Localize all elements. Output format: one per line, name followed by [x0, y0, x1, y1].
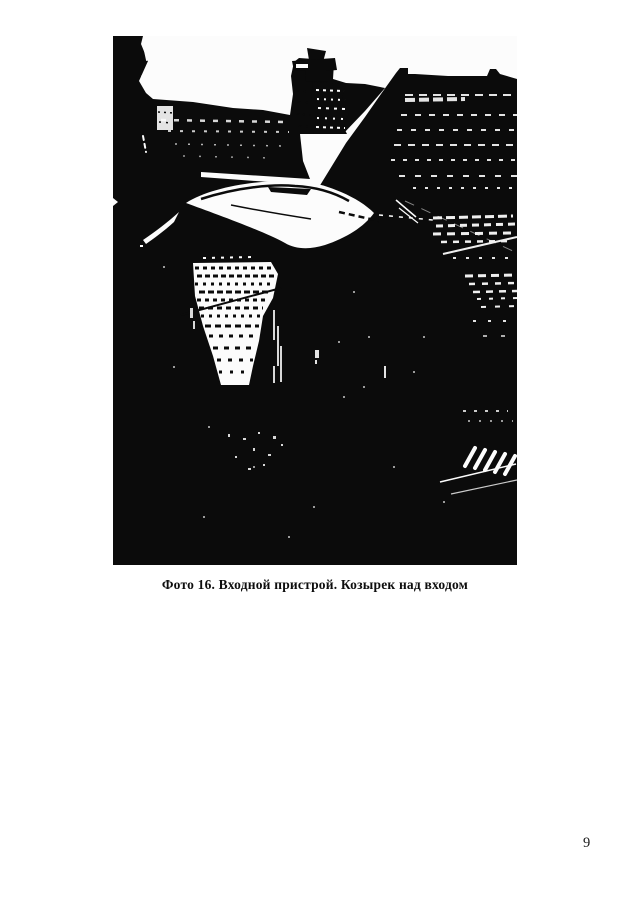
page-number: 9	[583, 835, 590, 852]
photo-figure: Фото 16. Входной пристрой. Козырек над в…	[113, 36, 517, 593]
photo-entrance-annex-image	[113, 36, 517, 565]
document-page: { "page": { "number": "9", "background_c…	[0, 0, 639, 905]
photo-caption: Фото 16. Входной пристрой. Козырек над в…	[113, 577, 517, 593]
